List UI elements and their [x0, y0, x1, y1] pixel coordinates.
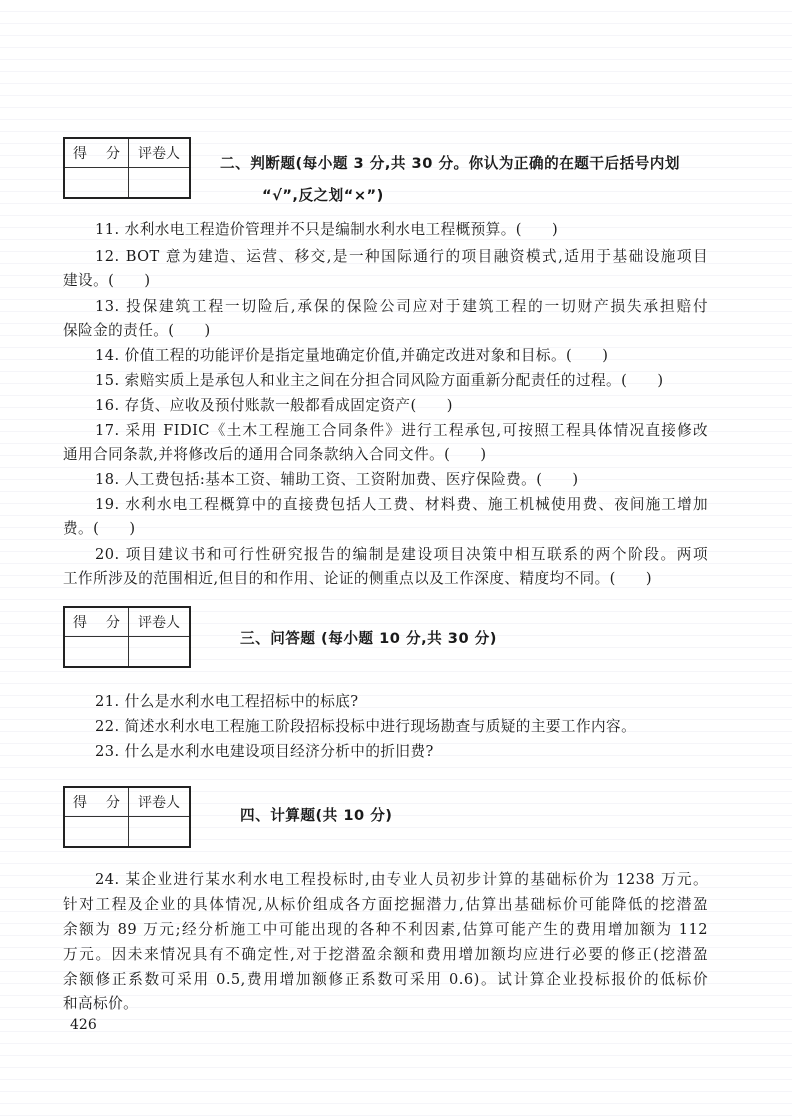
score-cell	[65, 168, 129, 197]
section-title-judgment: 二、判断题(每小题 3 分,共 30 分。你认为正确的在题干后括号内划	[220, 154, 680, 174]
grader-header: 评卷人	[129, 788, 189, 817]
score-label-char: 得	[73, 143, 87, 163]
score-label-char: 得	[73, 792, 87, 812]
question-24-line-3: 余额为 89 万元;经分析施工中可能出现的各种不利因素,估算可能产生的费用增加额…	[63, 920, 708, 940]
score-table-section-4: 得分 评卷人	[63, 786, 191, 848]
question-24-line-5: 余额修正系数可采用 0.5,费用增加额修正系数可采用 0.6)。试计算企业投标报…	[63, 970, 708, 990]
question-20-cont: 工作所涉及的范围相近,但目的和作用、论证的侧重点以及工作深度、精度均不同。( )	[63, 569, 708, 589]
question-20: 20. 项目建议书和可行性研究报告的编制是建设项目决策中相互联系的两个阶段。两项	[95, 545, 708, 565]
score-header: 得分	[65, 608, 129, 637]
question-22: 22. 简述水利水电工程施工阶段招标投标中进行现场勘查与质疑的主要工作内容。	[95, 717, 708, 737]
question-12: 12. BOT 意为建造、运营、移交,是一种国际通行的项目融资模式,适用于基础设…	[95, 247, 708, 267]
question-13: 13. 投保建筑工程一切险后,承保的保险公司应对于建筑工程的一切财产损失承担赔付	[95, 297, 708, 317]
score-header: 得分	[65, 788, 129, 817]
question-19-cont: 费。( )	[63, 519, 708, 539]
question-13-cont: 保险金的责任。( )	[63, 321, 708, 341]
question-24-line-4: 万元。因未来情况具有不确定性,对于挖潜盈余额和费用增加额均应进行必要的修正(挖潜…	[63, 945, 708, 965]
section-title-judgment-cont: “√”,反之划“×”)	[262, 186, 384, 206]
question-11: 11. 水利水电工程造价管理并不只是编制水利水电工程概预算。( )	[95, 220, 708, 240]
score-label-char: 分	[106, 792, 120, 812]
question-24: 24. 某企业进行某水利水电工程投标时,由专业人员初步计算的基础标价为 1238…	[95, 870, 708, 890]
question-12-cont: 建设。( )	[63, 271, 708, 291]
grader-cell	[129, 168, 189, 197]
grader-cell	[129, 817, 189, 846]
score-label-char: 分	[106, 143, 120, 163]
grader-cell	[129, 637, 189, 666]
question-17-cont: 通用合同条款,并将修改后的通用合同条款纳入合同文件。( )	[63, 445, 708, 465]
section-title-calc: 四、计算题(共 10 分)	[240, 806, 392, 826]
grader-header: 评卷人	[129, 608, 189, 637]
question-16: 16. 存货、应收及预付账款一般都看成固定资产( )	[95, 396, 708, 416]
question-23: 23. 什么是水利水电建设项目经济分析中的折旧费?	[95, 742, 708, 762]
question-15: 15. 索赔实质上是承包人和业主之间在分担合同风险方面重新分配责任的过程。( )	[95, 371, 708, 391]
score-cell	[65, 637, 129, 666]
score-label-char: 得	[73, 612, 87, 632]
question-24-line-2: 针对工程及企业的具体情况,从标价组成各方面挖掘潜力,估算出基础标价可能降低的挖潜…	[63, 895, 708, 915]
question-17: 17. 采用 FIDIC《土木工程施工合同条件》进行工程承包,可按照工程具体情况…	[95, 421, 708, 441]
page-number: 426	[70, 1017, 97, 1033]
question-21: 21. 什么是水利水电工程招标中的标底?	[95, 692, 708, 712]
score-cell	[65, 817, 129, 846]
score-table-section-3: 得分 评卷人	[63, 606, 191, 668]
question-18: 18. 人工费包括:基本工资、辅助工资、工资附加费、医疗保险费。( )	[95, 470, 708, 490]
section-title-qa: 三、问答题 (每小题 10 分,共 30 分)	[240, 629, 497, 649]
question-14: 14. 价值工程的功能评价是指定量地确定价值,并确定改进对象和目标。( )	[95, 346, 708, 366]
grader-header: 评卷人	[129, 139, 189, 168]
score-label-char: 分	[106, 612, 120, 632]
question-19: 19. 水利水电工程概算中的直接费包括人工费、材料费、施工机械使用费、夜间施工增…	[95, 495, 708, 515]
score-table-section-2: 得分 评卷人	[63, 137, 191, 199]
score-header: 得分	[65, 139, 129, 168]
question-24-line-6: 和高标价。	[63, 994, 708, 1014]
